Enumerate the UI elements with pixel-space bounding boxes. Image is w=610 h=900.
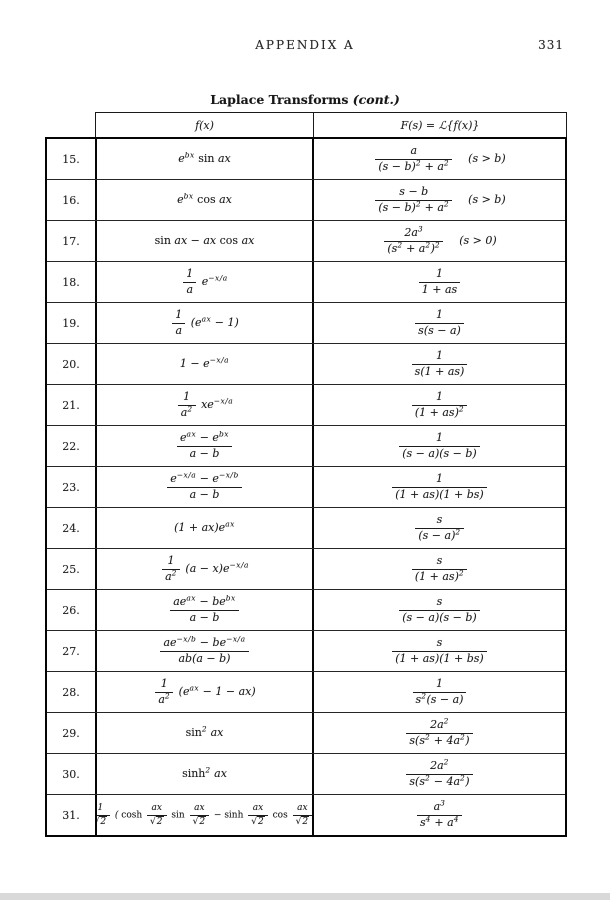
- formula-Fs: 2a2s(s2 − 4a2): [404, 760, 474, 788]
- formula-Fs-cell: a(s − b)2 + a2(s > b): [314, 139, 565, 179]
- row-number: 28.: [47, 672, 97, 712]
- formula-fx-cell: eax − ebxa − b: [97, 426, 314, 466]
- table-header-row: f(x) F(s) = ℒ{f(x)}: [95, 112, 567, 137]
- formula-fx-cell: 1a2 xe−x/a: [97, 385, 314, 425]
- formula-fx-cell: ae−x/b − be−x/aab(a − b): [97, 631, 314, 671]
- formula-fx-cell: 1a (eax − 1): [97, 303, 314, 343]
- convergence-condition: (s > 0): [459, 235, 496, 248]
- formula-Fs-cell: 1s(1 + as): [314, 344, 565, 384]
- formula-Fs-cell: 2a2s(s2 + 4a2): [314, 713, 565, 753]
- formula-fx-cell: (1 + ax)eax: [97, 508, 314, 548]
- appendix-header: APPENDIX A: [0, 38, 610, 52]
- table-row: 19.1a (eax − 1)1s(s − a): [47, 303, 565, 344]
- formula-fx: sinh2 ax: [182, 768, 227, 781]
- formula-fx-cell: aeax − bebxa − b: [97, 590, 314, 630]
- formula-Fs-cell: s(s − a)(s − b): [314, 590, 565, 630]
- laplace-transform-table: f(x) F(s) = ℒ{f(x)} 15.ebx sin axa(s − b…: [45, 112, 567, 837]
- formula-fx: 1a2 xe−x/a: [176, 391, 234, 419]
- formula-fx-cell: 1a e−x/a: [97, 262, 314, 302]
- row-number: 23.: [47, 467, 97, 507]
- table-row: 26.aeax − bebxa − bs(s − a)(s − b): [47, 590, 565, 631]
- formula-Fs: 1s2(s − a): [411, 678, 469, 706]
- formula-fx: ae−x/b − be−x/aab(a − b): [158, 637, 250, 665]
- formula-Fs-cell: 1(s − a)(s − b): [314, 426, 565, 466]
- table-row: 24.(1 + ax)eaxs(s − a)2: [47, 508, 565, 549]
- formula-Fs-cell: s − b(s − b)2 + a2(s > b): [314, 180, 565, 220]
- formula-fx: e−x/a − e−x/ba − b: [165, 473, 243, 501]
- formula-fx: aeax − bebxa − b: [168, 596, 241, 624]
- row-number: 18.: [47, 262, 97, 302]
- table-row: 17.sin ax − ax cos ax2a3(s2 + a2)2(s > 0…: [47, 221, 565, 262]
- formula-Fs-cell: s(s − a)2: [314, 508, 565, 548]
- formula-Fs-cell: 1s(s − a): [314, 303, 565, 343]
- formula-Fs: s − b(s − b)2 + a2: [373, 186, 454, 214]
- formula-fx: 1 − e−x/a: [180, 358, 229, 371]
- formula-fx-cell: 1√2 ( cosh ax√2 sin ax√2 − sinh ax√2 cos…: [97, 795, 314, 835]
- formula-Fs-cell: s(1 + as)(1 + bs): [314, 631, 565, 671]
- formula-fx: ebx sin ax: [178, 153, 231, 166]
- table-row: 23.e−x/a − e−x/ba − b1(1 + as)(1 + bs): [47, 467, 565, 508]
- formula-Fs: 2a3(s2 + a2)2: [382, 227, 445, 255]
- formula-Fs-cell: 11 + as: [314, 262, 565, 302]
- formula-Fs: a(s − b)2 + a2: [373, 145, 454, 173]
- formula-Fs-cell: 1(1 + as)(1 + bs): [314, 467, 565, 507]
- row-number: 17.: [47, 221, 97, 261]
- formula-fx: 1a2 (eax − 1 − ax): [153, 678, 255, 706]
- row-number: 27.: [47, 631, 97, 671]
- formula-Fs-cell: s(1 + as)2: [314, 549, 565, 589]
- table-row: 30.sinh2 ax2a2s(s2 − 4a2): [47, 754, 565, 795]
- table-row: 27.ae−x/b − be−x/aab(a − b)s(1 + as)(1 +…: [47, 631, 565, 672]
- formula-Fs: s(s − a)(s − b): [397, 596, 481, 624]
- table-row: 25.1a2 (a − x)e−x/as(1 + as)2: [47, 549, 565, 590]
- row-number: 31.: [47, 795, 97, 835]
- row-number: 16.: [47, 180, 97, 220]
- column-header-Fs: F(s) = ℒ{f(x)}: [314, 113, 566, 137]
- formula-fx: 1a2 (a − x)e−x/a: [160, 555, 249, 583]
- formula-fx-cell: e−x/a − e−x/ba − b: [97, 467, 314, 507]
- row-number: 22.: [47, 426, 97, 466]
- formula-fx-cell: ebx cos ax: [97, 180, 314, 220]
- formula-fx-cell: 1 − e−x/a: [97, 344, 314, 384]
- formula-Fs: a3s4 + a4: [415, 801, 464, 829]
- table-title: Laplace Transforms (cont.): [0, 92, 610, 107]
- row-number: 15.: [47, 139, 97, 179]
- formula-fx-cell: ebx sin ax: [97, 139, 314, 179]
- formula-fx: sin2 ax: [186, 727, 224, 740]
- formula-Fs: s(1 + as)(1 + bs): [390, 637, 488, 665]
- table-row: 31.1√2 ( cosh ax√2 sin ax√2 − sinh ax√2 …: [47, 795, 565, 835]
- formula-Fs: 1s(1 + as): [410, 350, 470, 378]
- formula-Fs: 1(s − a)(s − b): [397, 432, 481, 460]
- formula-Fs-cell: a3s4 + a4: [314, 795, 565, 835]
- scan-edge-artifact: [0, 893, 610, 900]
- formula-fx: eax − ebxa − b: [175, 432, 234, 460]
- table-row: 20.1 − e−x/a1s(1 + as): [47, 344, 565, 385]
- formula-fx-cell: sinh2 ax: [97, 754, 314, 794]
- formula-fx: (1 + ax)eax: [174, 522, 235, 535]
- formula-Fs: 2a2s(s2 + 4a2): [404, 719, 474, 747]
- table-row: 21.1a2 xe−x/a1(1 + as)2: [47, 385, 565, 426]
- row-number: 24.: [47, 508, 97, 548]
- formula-fx-cell: sin ax − ax cos ax: [97, 221, 314, 261]
- formula-Fs: 11 + as: [417, 268, 462, 296]
- row-number: 26.: [47, 590, 97, 630]
- row-number: 25.: [47, 549, 97, 589]
- convergence-condition: (s > b): [468, 194, 505, 207]
- formula-Fs: 1(1 + as)2: [410, 391, 469, 419]
- table-body: 15.ebx sin axa(s − b)2 + a2(s > b)16.ebx…: [45, 137, 567, 837]
- column-header-fx: f(x): [96, 113, 314, 137]
- formula-fx-cell: 1a2 (a − x)e−x/a: [97, 549, 314, 589]
- row-number: 29.: [47, 713, 97, 753]
- table-title-cont: (cont.): [353, 92, 400, 107]
- formula-Fs-cell: 2a2s(s2 − 4a2): [314, 754, 565, 794]
- formula-Fs: 1(1 + as)(1 + bs): [390, 473, 488, 501]
- convergence-condition: (s > b): [468, 153, 505, 166]
- table-row: 16.ebx cos axs − b(s − b)2 + a2(s > b): [47, 180, 565, 221]
- formula-fx: 1√2 ( cosh ax√2 sin ax√2 − sinh ax√2 cos…: [97, 803, 314, 827]
- table-title-main: Laplace Transforms: [210, 92, 348, 107]
- table-row: 29.sin2 ax2a2s(s2 + 4a2): [47, 713, 565, 754]
- row-number: 21.: [47, 385, 97, 425]
- formula-Fs-cell: 2a3(s2 + a2)2(s > 0): [314, 221, 565, 261]
- row-number: 20.: [47, 344, 97, 384]
- formula-fx: ebx cos ax: [177, 194, 232, 207]
- formula-fx-cell: 1a2 (eax − 1 − ax): [97, 672, 314, 712]
- table-row: 28.1a2 (eax − 1 − ax)1s2(s − a): [47, 672, 565, 713]
- formula-Fs: 1s(s − a): [413, 309, 466, 337]
- formula-Fs-cell: 1s2(s − a): [314, 672, 565, 712]
- formula-fx: sin ax − ax cos ax: [155, 235, 255, 248]
- formula-fx: 1a (eax − 1): [170, 309, 238, 337]
- formula-Fs: s(s − a)2: [413, 514, 465, 542]
- formula-Fs: s(1 + as)2: [410, 555, 469, 583]
- formula-fx: 1a e−x/a: [181, 268, 227, 296]
- table-row: 18.1a e−x/a11 + as: [47, 262, 565, 303]
- row-number: 30.: [47, 754, 97, 794]
- page-number: 331: [538, 38, 564, 52]
- table-row: 15.ebx sin axa(s − b)2 + a2(s > b): [47, 139, 565, 180]
- table-row: 22.eax − ebxa − b1(s − a)(s − b): [47, 426, 565, 467]
- formula-Fs-cell: 1(1 + as)2: [314, 385, 565, 425]
- row-number: 19.: [47, 303, 97, 343]
- formula-fx-cell: sin2 ax: [97, 713, 314, 753]
